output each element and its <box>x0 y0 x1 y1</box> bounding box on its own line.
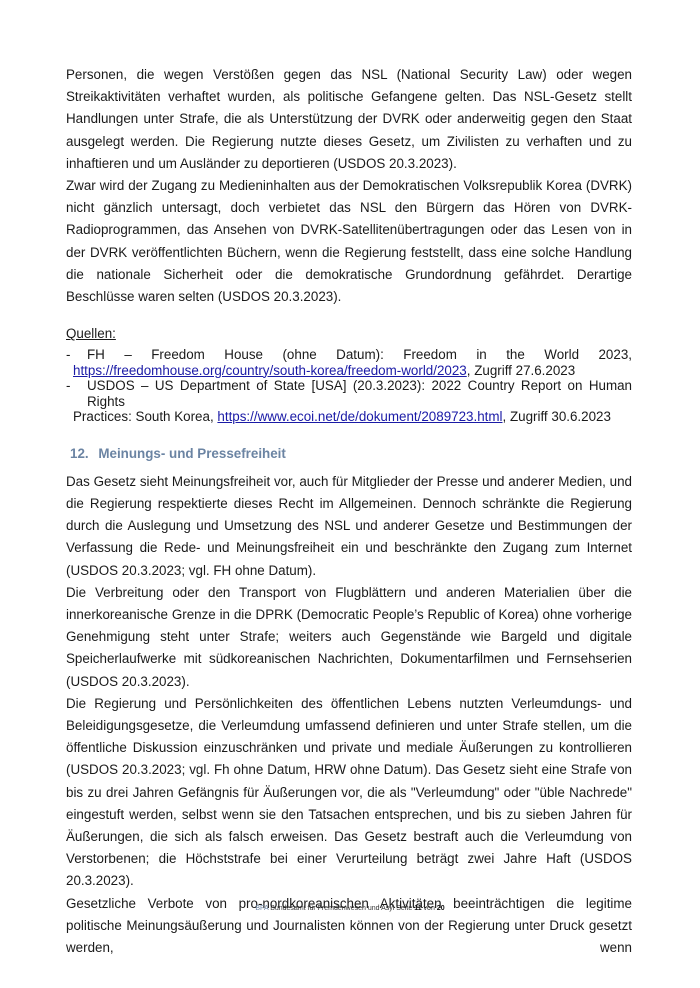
sources-title: Quellen: <box>66 325 632 343</box>
page-footer: BFA Bundesamt für Fremdenwesen und Asyl … <box>0 905 700 912</box>
source-continuation: https://freedomhouse.org/country/south-k… <box>73 363 632 379</box>
document-page: Personen, die wegen Verstößen gegen das … <box>66 64 632 959</box>
paragraph: Die Verbreitung oder den Transport von F… <box>66 582 632 693</box>
section-number: 12. <box>70 446 89 461</box>
paragraph: Die Regierung und Persönlichkeiten des ö… <box>66 693 632 893</box>
paragraph: Gesetzliche Verbote von pro-nordkoreanis… <box>66 893 632 960</box>
source-access-date: , Zugriff 30.6.2023 <box>503 409 611 424</box>
source-item-fh: - FH – Freedom House (ohne Datum): Freed… <box>66 347 632 378</box>
source-continuation: Practices: South Korea, https://www.ecoi… <box>73 409 632 425</box>
paragraph: Zwar wird der Zugang zu Medieninhalten a… <box>66 175 632 308</box>
section-title: Meinungs- und Pressefreiheit <box>98 446 286 461</box>
bfa-logo-text: BFA <box>255 905 268 912</box>
footer-page-total: 20 <box>437 905 445 912</box>
section-heading: 12. Meinungs- und Pressefreiheit <box>70 445 632 463</box>
source-text: USDOS – US Department of State [USA] (20… <box>73 378 632 409</box>
footer-page-current: 11 <box>414 905 421 912</box>
source-item-usdos: - USDOS – US Department of State [USA] (… <box>66 378 632 425</box>
paragraph: Personen, die wegen Verstößen gegen das … <box>66 64 632 175</box>
source-text: FH – Freedom House (ohne Datum): Freedom… <box>73 347 632 363</box>
footer-org: Bundesamt für Fremdenwesen und Asyl <box>270 905 394 912</box>
source-prefix: Practices: South Korea, <box>73 409 217 424</box>
source-link-ecoi[interactable]: https://www.ecoi.net/de/dokument/2089723… <box>217 409 502 424</box>
footer-page-label: Seite <box>396 905 412 912</box>
source-link-freedomhouse[interactable]: https://freedomhouse.org/country/south-k… <box>73 363 467 378</box>
list-dash: - <box>66 347 70 363</box>
list-dash: - <box>66 378 70 394</box>
source-access-date: , Zugriff 27.6.2023 <box>467 363 575 378</box>
paragraph: Das Gesetz sieht Meinungsfreiheit vor, a… <box>66 471 632 582</box>
footer-of-label: von <box>424 905 435 912</box>
